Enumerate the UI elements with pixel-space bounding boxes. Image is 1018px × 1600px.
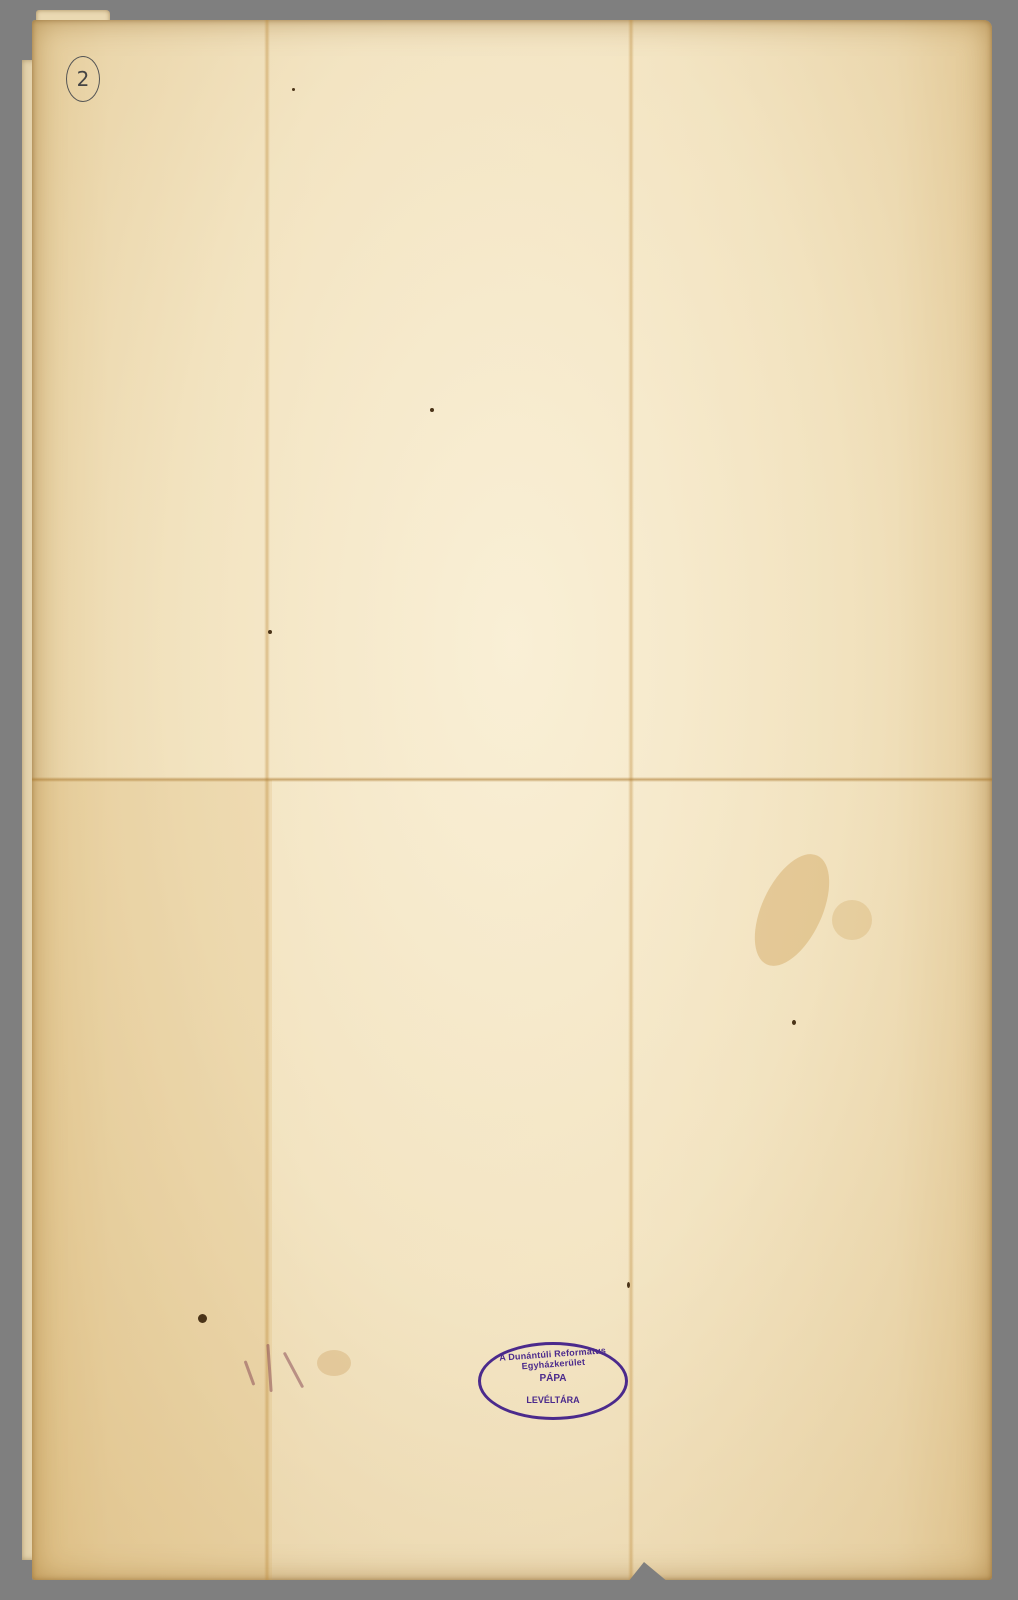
stain	[739, 843, 844, 977]
stain	[832, 900, 872, 940]
discolored-panel	[32, 780, 272, 1580]
ink-spot	[792, 1020, 796, 1025]
stamp-city: PÁPA	[481, 1373, 625, 1384]
torn-edge	[628, 1562, 668, 1582]
document-sheet: 2	[32, 20, 992, 1580]
horizontal-fold	[32, 777, 992, 782]
stamp-bottom-text: LEVÉLTÁRA	[481, 1395, 625, 1405]
ink-spot	[268, 630, 272, 634]
faint-red-marks	[240, 1340, 360, 1420]
archive-stamp: A Dunántúli Református Egyházkerület PÁP…	[478, 1342, 628, 1420]
page-number-annotation: 2	[66, 56, 100, 102]
ink-spot	[292, 88, 295, 91]
ink-spot	[198, 1314, 207, 1323]
ink-spot	[430, 408, 434, 412]
ink-spot	[627, 1282, 630, 1288]
vertical-fold-right	[628, 20, 634, 1580]
